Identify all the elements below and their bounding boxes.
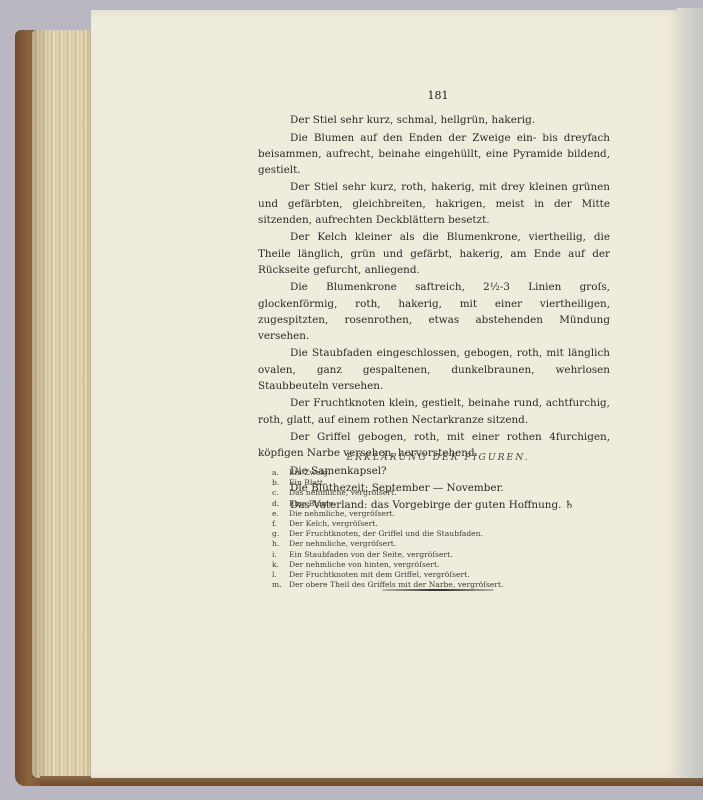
figure-letter: c.: [272, 488, 289, 498]
figure-caption: Die nehmliche, vergröſsert.: [289, 509, 395, 519]
figure-caption: Ein Zweig.: [289, 468, 330, 478]
figure-letter: m.: [272, 580, 289, 590]
figure-letter: a.: [272, 468, 289, 478]
figure-item: h.Der nehmliche, vergröſsert.: [272, 539, 612, 549]
figure-item: g.Der Fruchtknoten, der Griffel und die …: [272, 529, 612, 539]
page-number: 181: [258, 88, 610, 104]
figure-caption: Eine Blume.: [289, 499, 336, 509]
paragraph-fruchtknoten: Der Fruchtknoten klein, gestielt, beinah…: [258, 395, 610, 428]
figures-heading: ERKLÄRUNG DER FIGUREN.: [258, 452, 618, 463]
figure-letter: e.: [272, 509, 289, 519]
figure-item: i.Ein Staubfaden von der Seite, vergröſs…: [272, 550, 612, 560]
figure-letter: l.: [272, 570, 289, 580]
figure-letter: g.: [272, 529, 289, 539]
figure-caption: Der Fruchtknoten mit dem Griffel, vergrö…: [289, 570, 470, 580]
figure-letter: d.: [272, 499, 289, 509]
end-ornament-rule: [382, 589, 494, 591]
figure-caption: Der Kelch, vergröſsert.: [289, 519, 378, 529]
figure-item: a.Ein Zweig.: [272, 468, 612, 478]
figure-caption: Der nehmliche, vergröſsert.: [289, 539, 396, 549]
figure-item: d.Eine Blume.: [272, 499, 612, 509]
paragraph-staubfaden: Die Staubfaden eingeschlossen, gebogen, …: [258, 345, 610, 394]
figure-letter: f.: [272, 519, 289, 529]
figure-caption: Der nehmliche von hinten, vergröſsert.: [289, 560, 439, 570]
paragraph-kelch: Der Kelch kleiner als die Blumenkrone, v…: [258, 229, 610, 278]
figure-caption: Ein Staubfaden von der Seite, vergröſser…: [289, 550, 453, 560]
figure-letter: k.: [272, 560, 289, 570]
figure-letter: h.: [272, 539, 289, 549]
figure-letter: b.: [272, 478, 289, 488]
figure-letter: i.: [272, 550, 289, 560]
paragraph-blumen: Die Blumen auf den Enden der Zweige ein-…: [258, 130, 610, 179]
figure-caption: Das nehmliche, vergröſsert.: [289, 488, 397, 498]
page-body: 181 Der Stiel sehr kurz, schmal, hellgrü…: [258, 88, 610, 514]
page-edges: [32, 30, 94, 778]
paragraph-blumenkrone: Die Blumenkrone saftreich, 2½-3 Linien g…: [258, 279, 610, 344]
figure-caption: Ein Blatt.: [289, 478, 325, 488]
figure-item: e.Die nehmliche, vergröſsert.: [272, 509, 612, 519]
figure-caption: Der Fruchtknoten, der Griffel und die St…: [289, 529, 483, 539]
figures-list: a.Ein Zweig. b.Ein Blatt. c.Das nehmlich…: [272, 468, 612, 590]
paragraph-stiel-roth: Der Stiel sehr kurz, roth, hakerig, mit …: [258, 179, 610, 228]
figure-item: b.Ein Blatt.: [272, 478, 612, 488]
figure-item: l.Der Fruchtknoten mit dem Griffel, verg…: [272, 570, 612, 580]
figure-item: c.Das nehmliche, vergröſsert.: [272, 488, 612, 498]
figure-item: f.Der Kelch, vergröſsert.: [272, 519, 612, 529]
paragraph-stiel: Der Stiel sehr kurz, schmal, hellgrün, h…: [258, 112, 610, 128]
figure-item: k.Der nehmliche von hinten, vergröſsert.: [272, 560, 612, 570]
